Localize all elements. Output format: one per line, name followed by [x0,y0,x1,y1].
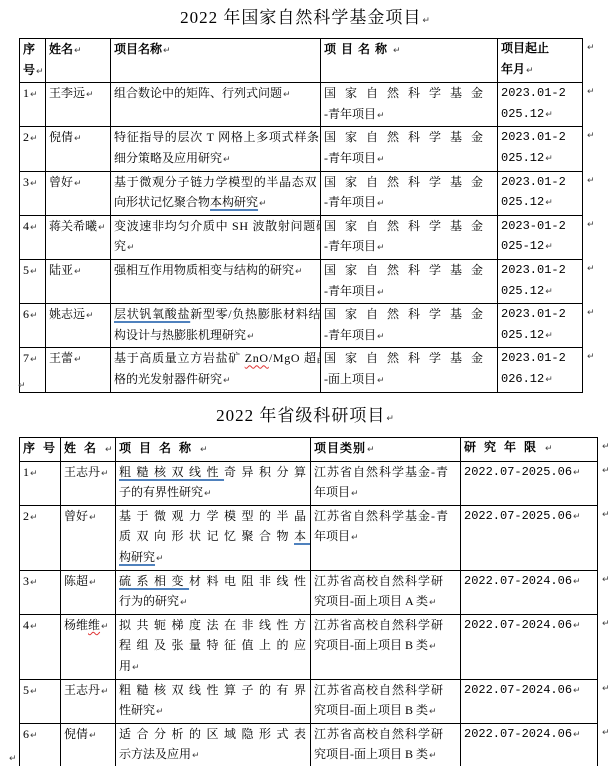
cell-text-line: 用↵ [119,656,307,679]
row-number-cell[interactable]: 4↵ [20,215,46,259]
project-category-cell[interactable]: 国家自然科学基金-青年项目↵ [321,171,498,215]
text-segment: 2022.07-2025.06 [464,465,572,479]
row-number-cell[interactable]: 1↵ [20,461,61,505]
cell-text-line: 项目名称↵ [119,438,307,461]
text-segment: 特征指导的层次 T 网格上多项式样条 [114,130,320,144]
cell-text-line: 4↵ [23,615,57,638]
paragraph-mark-icon: ↵ [393,46,401,56]
paragraph-mark-icon: ↵ [573,730,581,740]
cell-text-line: 号↵ [23,60,42,83]
period-cell[interactable]: 2023.01-2025.12↵ [498,304,583,348]
period-cell[interactable]: 2022.07-2024.06↵ [461,723,598,766]
cell-text-line: 序 [23,39,42,60]
paragraph-mark-icon: ↵ [30,687,38,697]
paragraph-mark-icon: ↵ [30,469,38,479]
cell-text-line: 2022.07-2024.06↵ [464,571,594,593]
text-segment: 江苏省高校自然科学研 [314,618,444,632]
project-title-cell[interactable]: 基于微观力学模型的半晶质双向形状记忆聚合物本构研究↵ [116,505,311,570]
paragraph-mark-icon: ↵ [377,111,385,121]
text-segment: 变波速非均匀介质中 SH 波散射问题研 [114,219,321,233]
text-segment: 项目名称 [324,42,392,56]
text-segment: -青年项目 [324,151,376,165]
table-row: 7↵王蕾↵基于高质量立方岩盐矿 ZnO/MgO 超晶格的光发射器件研究↵国家自然… [20,348,583,392]
paragraph-mark-icon: ↵ [545,198,553,208]
cell-text-line: -青年项目↵ [324,192,494,215]
row-number-cell[interactable]: 2↵ [20,505,61,570]
project-category-cell[interactable]: 国家自然科学基金-青年项目↵ [321,215,498,259]
provincial-table-wrapper: 序号↵姓名↵项目名称↵项目类别↵研究年限↵1↵王志丹↵粗糙核双线性奇异积分算子的… [19,437,598,766]
cell-text-line: 陆亚↵ [49,260,107,283]
end-of-row-mark-icon: ↵ [587,130,595,142]
paragraph-mark-icon: ↵ [30,223,38,233]
name-cell[interactable]: 杨维维↵ [61,614,116,679]
text-segment: 用 [119,659,131,673]
paragraph-mark-icon: ↵ [30,90,38,100]
text-segment: 姚志远 [49,307,85,321]
cell-text-line: 组合数论中的矩阵、行列式问题↵ [114,83,317,106]
text-segment: 2 [23,509,29,523]
name-cell[interactable]: 曾好↵ [46,171,111,215]
paragraph-mark-icon: ↵ [422,16,430,26]
project-category-cell[interactable]: 国家自然科学基金-面上项目↵ [321,348,498,392]
cell-text-line: 变波速非均匀介质中 SH 波散射问题研 [114,216,317,237]
spellcheck-flagged-text: ZnO [245,351,269,365]
cell-text-line: 子的有界性研究↵ [119,482,307,505]
cell-text-line: 6↵ [23,724,57,747]
paragraph-mark-icon: ↵ [377,332,385,342]
text-segment: 示方法及应用 [119,747,191,761]
paragraph-mark-icon: ↵ [30,622,38,632]
cell-text-line: 1↵ [23,462,57,485]
text-segment: 性研究 [119,703,155,717]
cell-text-line: 7↵ [23,348,42,371]
table-row: 2↵倪倩↵特征指导的层次 T 网格上多项式样条细分策略及应用研究↵国家自然科学基… [20,127,583,171]
text-segment: 026.12 [501,372,544,386]
period-cell[interactable]: 2022.07-2025.06↵ [461,505,598,570]
cell-text-line: 特征指导的层次 T 网格上多项式样条 [114,127,317,148]
paragraph-mark-icon: ↵ [283,90,291,100]
period-cell[interactable]: 2023.01-2025.12↵ [498,171,583,215]
row-number-cell[interactable]: 4↵ [20,614,61,679]
cell-text-line: 国家自然科学基金 [324,172,494,193]
cell-text-line: 序号↵ [23,438,57,461]
text-segment: 曾好 [49,175,73,189]
text-segment: 新型零/负热膨胀材料结 [190,307,320,321]
paragraph-mark-icon: ↵ [545,375,553,385]
name-cell[interactable]: 姚志远↵ [46,304,111,348]
cell-text-line: 2↵ [23,127,42,150]
text-segment: 蒋关希曦 [49,219,97,233]
period-cell[interactable]: 2023.01-2025.12↵ [498,83,583,127]
nsfc-table-wrapper: 序号↵姓名↵项目名称↵项目名称↵项目起止年月↵1↵王李远↵组合数论中的矩阵、行列… [19,38,583,393]
text-segment: 025-12 [501,239,544,253]
project-category-cell[interactable]: 江苏省高校自然科学研究项目-面上项目 B 类↵ [311,614,461,679]
cell-text-line: -青年项目↵ [324,104,494,127]
section1-title-text: 2022 年国家自然科学基金项目 [180,8,421,27]
name-cell[interactable]: 倪倩↵ [61,723,116,766]
cell-text-line: 国家自然科学基金 [324,348,494,369]
table-row: 4↵杨维维↵拟共轭梯度法在非线性方程组及张量特征值上的应用↵江苏省高校自然科学研… [20,614,598,679]
row-number-cell[interactable]: 6↵ [20,304,46,348]
text-segment: 2022.07-2024.06 [464,683,572,697]
project-title-cell[interactable]: 拟共轭梯度法在非线性方程组及张量特征值上的应用↵ [116,614,311,679]
paragraph-mark-icon: ↵ [74,134,82,144]
text-segment: 2022.07-2025.06 [464,509,572,523]
text-segment: 3 [23,175,29,189]
text-segment: 国家自然科学基金 [324,130,492,144]
paragraph-mark-icon: ↵ [89,578,97,588]
paragraph-mark-icon: ↵ [367,445,375,455]
text-segment: 号 [23,63,35,77]
cell-text-line: 2023.01-2 [501,172,579,193]
format-underlined-text: 硫系相变 [119,574,189,588]
cell-text-line: 构研究↵ [119,547,307,570]
row-number-cell[interactable]: 3↵ [20,570,61,614]
cell-text-line: 项目名称↵ [324,39,494,62]
paragraph-mark-icon: ↵ [429,598,437,608]
cell-text-line: -面上项目↵ [324,369,494,392]
text-segment: 4 [23,219,29,233]
text-segment: 项目名称 [114,42,162,56]
project-category-cell[interactable]: 江苏省高校自然科学研究项目-面上项目 B 类↵ [311,679,461,723]
cell-text-line: 国家自然科学基金 [324,304,494,325]
cell-text-line: 王志丹↵ [64,462,112,485]
project-title-cell[interactable]: 基于高质量立方岩盐矿 ZnO/MgO 超晶格的光发射器件研究↵ [111,348,321,392]
text-segment: 究 [114,239,126,253]
cell-text-line: 适合分析的区域隐形式表 [119,724,307,745]
period-cell[interactable]: 2022.07-2025.06↵ [461,461,598,505]
project-title-cell[interactable]: 强相互作用物质相变与结构的研究↵ [111,259,321,303]
header-name-cell[interactable]: 姓名↵ [61,438,116,462]
paragraph-mark-icon: ↵ [89,513,97,523]
cell-text-line: 025.12↵ [501,325,579,347]
provincial-projects-table[interactable]: 序号↵姓名↵项目名称↵项目类别↵研究年限↵1↵王志丹↵粗糙核双线性奇异积分算子的… [19,437,598,766]
text-segment: 2023.01-2 [501,351,566,365]
paragraph-mark-icon: ↵ [545,154,553,164]
project-title-cell[interactable]: 基于微观分子链力学模型的半晶态双向形状记忆聚合物本构研究↵ [111,171,321,215]
text-segment: 国家自然科学基金 [324,263,492,277]
period-cell[interactable]: 2023.01-2025.12↵ [498,259,583,303]
row-number-cell[interactable]: 1↵ [20,83,46,127]
table-row: 6↵倪倩↵适合分析的区域隐形式表示方法及应用↵江苏省高校自然科学研究项目-面上项… [20,723,598,766]
paragraph-mark-icon: ↵ [132,663,140,673]
project-title-cell[interactable]: 组合数论中的矩阵、行列式问题↵ [111,83,321,127]
cell-text-line: 曾好↵ [49,172,107,195]
paragraph-mark-icon: ↵ [86,90,94,100]
paragraph-mark-icon: ↵ [30,179,38,189]
cell-text-line: 2↵ [23,506,57,529]
paragraph-mark-icon: ↵ [18,381,26,391]
cell-text-line: 国家自然科学基金 [324,216,494,237]
text-segment: 王李远 [49,86,85,100]
paragraph-mark-icon: ↵ [156,554,164,564]
paragraph-mark-icon: ↵ [30,267,38,277]
paragraph-mark-icon: ↵ [377,155,385,165]
name-cell[interactable]: 蒋关希曦↵ [46,215,111,259]
project-category-cell[interactable]: 国家自然科学基金-青年项目↵ [321,259,498,303]
text-segment: 曾好 [64,509,88,523]
header-period-cell[interactable]: 研究年限↵ [461,438,598,462]
paragraph-mark-icon: ↵ [101,687,109,697]
cell-text-line: 3↵ [23,172,42,195]
paragraph-mark-icon: ↵ [30,578,38,588]
paragraph-mark-icon: ↵ [377,288,385,298]
text-segment: 姓名 [64,441,104,455]
cell-text-line: 硫系相变材料电阻非线性 [119,571,307,592]
cell-text-line: 格的光发射器件研究↵ [114,369,317,392]
header-project-category-cell[interactable]: 项目名称↵ [321,39,498,83]
cell-text-line: 质双向形状记忆聚合物本 [119,526,307,547]
project-title-cell[interactable]: 适合分析的区域隐形式表示方法及应用↵ [116,723,311,766]
cell-text-line: 1↵ [23,83,42,106]
cell-text-line: 蒋关希曦↵ [49,216,107,239]
header-row-number-cell[interactable]: 序号↵ [20,39,46,83]
header-row-number-cell[interactable]: 序号↵ [20,438,61,462]
row-number-cell[interactable]: 6↵ [20,723,61,766]
format-underlined-text: 本构研究 [210,195,258,209]
paragraph-mark-icon: ↵ [101,469,109,479]
project-category-cell[interactable]: 江苏省高校自然科学研究项目-面上项目 A 类↵ [311,570,461,614]
cell-text-line: 2023-01-2 [501,216,579,237]
cell-text-line: -青年项目↵ [324,148,494,171]
text-segment: 拟共轭梯度法在非线性方 [119,618,311,632]
period-cell[interactable]: 2023-01-2025-12↵ [498,215,583,259]
table-row: 1↵王李远↵组合数论中的矩阵、行列式问题↵国家自然科学基金-青年项目↵2023.… [20,83,583,127]
cell-text-line: 年月↵ [501,60,579,82]
period-cell[interactable]: 2023.01-2025.12↵ [498,127,583,171]
text-segment: 2022.07-2024.06 [464,618,572,632]
cell-text-line: 究项目-面上项目 B 类↵ [314,700,457,723]
cell-text-line: 026.12↵ [501,369,579,391]
end-of-row-mark-icon: ↵ [587,351,595,363]
text-segment: 2023-01-2 [501,219,566,233]
header-name-cell[interactable]: 姓名↵ [46,39,111,83]
table-row: 6↵姚志远↵层状钒氧酸盐新型零/负热膨胀材料结构设计与热膨胀机理研究↵国家自然科… [20,304,583,348]
spellcheck-flagged-text: 维 [88,618,100,632]
text-segment: 质双向形状记忆聚合物 [119,529,294,543]
row-number-cell[interactable]: 3↵ [20,171,46,215]
cell-text-line: 江苏省自然科学基金-青 [314,506,457,527]
table-row: 5↵王志丹↵粗糙核双线性算子的有界性研究↵江苏省高校自然科学研究项目-面上项目 … [20,679,598,723]
format-underlined-text: 粗糙核双线性 [119,465,224,479]
cell-text-line: 层状钒氧酸盐新型零/负热膨胀材料结 [114,304,317,325]
end-of-row-mark-icon: ↵ [602,441,610,453]
table-row: 5↵陆亚↵强相互作用物质相变与结构的研究↵国家自然科学基金-青年项目↵2023.… [20,259,583,303]
text-segment: 5 [23,263,29,277]
header-period-cell[interactable]: 项目起止年月↵ [498,39,583,83]
text-segment: 江苏省自然科学基金-青 [314,465,449,479]
section1-title[interactable]: 2022 年国家自然科学基金项目↵ [0,6,610,33]
cell-text-line: 项目名称↵ [114,39,317,62]
name-cell[interactable]: 陆亚↵ [46,259,111,303]
text-segment: 1 [23,465,29,479]
text-segment: 杨维 [64,618,88,632]
paragraph-mark-icon: ↵ [573,621,581,631]
table-row: 2↵曾好↵基于微观力学模型的半晶质双向形状记忆聚合物本构研究↵江苏省自然科学基金… [20,505,598,570]
text-segment: 基于微观力学模型的半晶 [119,509,311,523]
cell-text-line: 姓名↵ [64,438,112,461]
cell-text-line: -青年项目↵ [324,325,494,348]
text-segment: 究项目-面上项目 B 类 [314,638,428,652]
cell-text-line: 2022.07-2025.06↵ [464,506,594,528]
format-underlined-text: 层状钒氧酸盐 [114,307,190,321]
text-segment: 025.12 [501,107,544,121]
text-segment: 基于微观分子链力学模型的半晶态双 [114,175,317,189]
paragraph-mark-icon: ↵ [429,707,437,717]
period-cell[interactable]: 2022.07-2024.06↵ [461,570,598,614]
project-title-cell[interactable]: 变波速非均匀介质中 SH 波散射问题研究↵ [111,215,321,259]
name-cell[interactable]: 陈超↵ [61,570,116,614]
text-segment: 项目类别 [314,441,366,455]
text-segment: 国家自然科学基金 [324,86,492,100]
text-segment: 2023.01-2 [501,86,566,100]
name-cell[interactable]: 王李远↵ [46,83,111,127]
cell-text-line: 6↵ [23,304,42,327]
paragraph-mark-icon: ↵ [377,199,385,209]
period-cell[interactable]: 2022.07-2024.06↵ [461,614,598,679]
paragraph-mark-icon: ↵ [247,332,255,342]
text-segment: 6 [23,727,29,741]
nsfc-projects-table[interactable]: 序号↵姓名↵项目名称↵项目名称↵项目起止年月↵1↵王李远↵组合数论中的矩阵、行列… [19,38,583,393]
paragraph-mark-icon: ↵ [105,445,113,455]
document-page: 2022 年国家自然科学基金项目↵ 序号↵姓名↵项目名称↵项目名称↵项目起止年月… [0,0,610,766]
project-category-cell[interactable]: 国家自然科学基金-青年项目↵ [321,304,498,348]
text-segment: -青年项目 [324,195,376,209]
paragraph-mark-icon: ↵ [429,751,437,761]
cell-text-line: 江苏省高校自然科学研 [314,724,457,745]
text-segment: 基于高质量立方岩盐矿 [114,351,245,365]
text-segment: 项目名称 [119,441,199,455]
project-title-cell[interactable]: 特征指导的层次 T 网格上多项式样条细分策略及应用研究↵ [111,127,321,171]
end-of-row-mark-icon: ↵ [587,175,595,187]
cell-text-line: 基于微观力学模型的半晶 [119,506,307,527]
cell-text-line: 性研究↵ [119,700,307,723]
cell-text-line: 2022.07-2025.06↵ [464,462,594,484]
project-category-cell[interactable]: 国家自然科学基金-青年项目↵ [321,127,498,171]
cell-text-line: 王李远↵ [49,83,107,106]
project-category-cell[interactable]: 江苏省自然科学基金-青年项目↵ [311,461,461,505]
text-segment: 组合数论中的矩阵、行列式问题 [114,86,282,100]
table-row: 4↵蒋关希曦↵变波速非均匀介质中 SH 波散射问题研究↵国家自然科学基金-青年项… [20,215,583,259]
end-of-row-mark-icon: ↵ [602,727,610,739]
cell-text-line: 江苏省高校自然科学研 [314,571,457,592]
text-segment: 国家自然科学基金 [324,307,492,321]
paragraph-mark-icon: ↵ [74,46,82,56]
paragraph-mark-icon: ↵ [30,355,38,365]
cell-text-line: 025.12↵ [501,192,579,214]
row-number-cell[interactable]: 5↵ [20,679,61,723]
project-category-cell[interactable]: 江苏省高校自然科学研究项目-面上项目 B 类↵ [311,723,461,766]
text-segment: 4 [23,618,29,632]
table-header-row: 序号↵姓名↵项目名称↵项目名称↵项目起止年月↵ [20,39,583,83]
end-of-row-mark-icon: ↵ [587,307,595,319]
text-segment: 江苏省高校自然科学研 [314,574,444,588]
header-project-title-cell[interactable]: 项目名称↵ [116,438,311,462]
cell-text-line: -青年项目↵ [324,281,494,304]
text-segment: -青年项目 [324,328,376,342]
paragraph-mark-icon: ↵ [545,444,553,454]
text-segment: 陈超 [64,574,88,588]
format-underlined-text: 本 [294,529,310,543]
text-segment: 倪倩 [64,727,88,741]
cell-text-line: 江苏省高校自然科学研 [314,615,457,636]
end-of-row-mark-icon: ↵ [587,219,595,231]
cell-text-line: 2023.01-2 [501,83,579,104]
cell-text-line: 项目起止 [501,39,579,60]
text-segment: 国家自然科学基金 [324,351,492,365]
row-number-cell[interactable]: 2↵ [20,127,46,171]
table-header-row: 序号↵姓名↵项目名称↵项目类别↵研究年限↵ [20,438,598,462]
header-project-category-cell[interactable]: 项目类别↵ [311,438,461,462]
text-segment: 5 [23,683,29,697]
text-segment: 025.12 [501,328,544,342]
name-cell[interactable]: 王蕾↵ [46,348,111,392]
name-cell[interactable]: 曾好↵ [61,505,116,570]
end-of-row-mark-icon: ↵ [602,509,610,521]
section2-title[interactable]: 2022 年省级科研项目↵ [0,404,610,431]
text-segment: 江苏省自然科学基金-青 [314,509,449,523]
text-segment: 2022.07-2024.06 [464,727,572,741]
text-segment: 国家自然科学基金 [324,175,492,189]
text-segment: -青年项目 [324,239,376,253]
cell-text-line: 究项目-面上项目 A 类↵ [314,591,457,614]
name-cell[interactable]: 倪倩↵ [46,127,111,171]
project-category-cell[interactable]: 江苏省自然科学基金-青年项目↵ [311,505,461,570]
cell-text-line: 国家自然科学基金 [324,260,494,281]
period-cell[interactable]: 2023.01-2026.12↵ [498,348,583,392]
period-cell[interactable]: 2022.07-2024.06↵ [461,679,598,723]
project-category-cell[interactable]: 国家自然科学基金-青年项目↵ [321,83,498,127]
text-segment: 7 [23,351,29,365]
cell-text-line: 项目类别↵ [314,438,457,461]
cell-text-line: 姚志远↵ [49,304,107,327]
text-segment: 025.12 [501,151,544,165]
cell-text-line: 示方法及应用↵ [119,744,307,766]
paragraph-mark-icon: ↵ [86,311,94,321]
cell-text-line: 细分策略及应用研究↵ [114,148,317,171]
paragraph-mark-icon: ↵ [573,512,581,522]
cell-text-line: 年项目↵ [314,526,457,549]
project-title-cell[interactable]: 粗糙核双线性奇异积分算子的有界性研究↵ [116,461,311,505]
cell-text-line: 025.12↵ [501,148,579,170]
project-title-cell[interactable]: 粗糙核双线性算子的有界性研究↵ [116,679,311,723]
header-project-title-cell[interactable]: 项目名称↵ [111,39,321,83]
paragraph-mark-icon: ↵ [573,468,581,478]
text-segment: 2023.01-2 [501,130,566,144]
table-row: 3↵陈超↵硫系相变材料电阻非线性行为的研究↵江苏省高校自然科学研究项目-面上项目… [20,570,598,614]
paragraph-mark-icon: ↵ [74,267,82,277]
cell-text-line: 国家自然科学基金 [324,127,494,148]
project-title-cell[interactable]: 硫系相变材料电阻非线性行为的研究↵ [116,570,311,614]
text-segment: 项目起止 [501,42,549,56]
name-cell[interactable]: 王志丹↵ [61,461,116,505]
cell-text-line: 5↵ [23,260,42,283]
paragraph-mark-icon: ↵ [30,731,38,741]
cell-text-line: 基于微观分子链力学模型的半晶态双 [114,172,317,193]
name-cell[interactable]: 王志丹↵ [61,679,116,723]
row-number-cell[interactable]: 5↵ [20,259,46,303]
cell-text-line: 粗糙核双线性奇异积分算 [119,462,307,483]
text-segment: 陆亚 [49,263,73,277]
text-segment: 年项目 [314,485,350,499]
paragraph-mark-icon: ↵ [156,707,164,717]
cell-text-line: 究↵ [114,236,317,259]
text-segment: 3 [23,574,29,588]
cell-text-line: 2022.07-2024.06↵ [464,680,594,702]
project-title-cell[interactable]: 层状钒氧酸盐新型零/负热膨胀材料结构设计与热膨胀机理研究↵ [111,304,321,348]
cell-text-line: 2023.01-2 [501,348,579,369]
text-segment: 2 [23,130,29,144]
